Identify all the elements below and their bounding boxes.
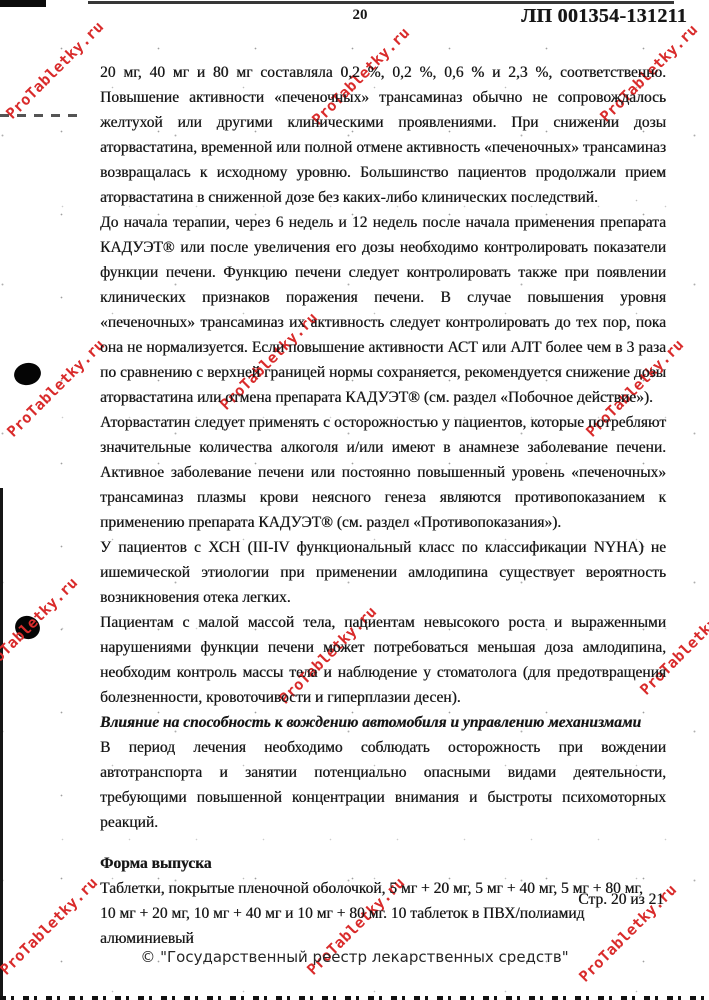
document-page: ProTabletky.ru ProTabletky.ru ProTabletk… xyxy=(0,0,709,1000)
punch-hole-mark xyxy=(12,360,43,387)
paragraph-transaminase-elevation: 20 мг, 40 мг и 80 мг составляла 0,2 %, 0… xyxy=(100,60,666,210)
watermark: ProTabletky.ru xyxy=(2,19,105,122)
page-number: 20 xyxy=(340,7,380,24)
registration-number: ЛП 001354-131211 xyxy=(521,5,687,28)
paragraph-liver-monitoring: До начала терапии, через 6 недель и 12 н… xyxy=(100,210,666,410)
page-indicator: Стр. 20 из 21 xyxy=(578,891,664,909)
punch-hole-mark xyxy=(12,613,43,643)
watermark: ProTabletky.ru xyxy=(3,337,106,440)
paragraph-chf-nyha: У пациентов с ХСН (III-IV функциональный… xyxy=(100,535,666,610)
copyright-line: © "Государственный реестр лекарственных … xyxy=(0,948,709,966)
scan-edge-top-left xyxy=(0,0,46,7)
section-heading-driving: Влияние на способность к вождению автомо… xyxy=(100,710,666,735)
scan-edge-top-line xyxy=(88,1,674,4)
scan-edge-left-line xyxy=(0,488,3,1000)
paragraph-driving-caution: В период лечения необходимо соблюдать ос… xyxy=(100,735,666,835)
paragraph-alcohol-liver-disease: Аторвастатин следует применять с осторож… xyxy=(100,410,666,535)
section-heading-release-form: Форма выпуска xyxy=(100,851,666,876)
document-body: 20 мг, 40 мг и 80 мг составляла 0,2 %, 0… xyxy=(100,60,666,951)
paragraph-low-body-weight: Пациентам с малой массой тела, пациентам… xyxy=(100,610,666,710)
scan-dash-mark xyxy=(0,114,78,117)
scan-edge-bottom-dots xyxy=(0,996,709,1000)
